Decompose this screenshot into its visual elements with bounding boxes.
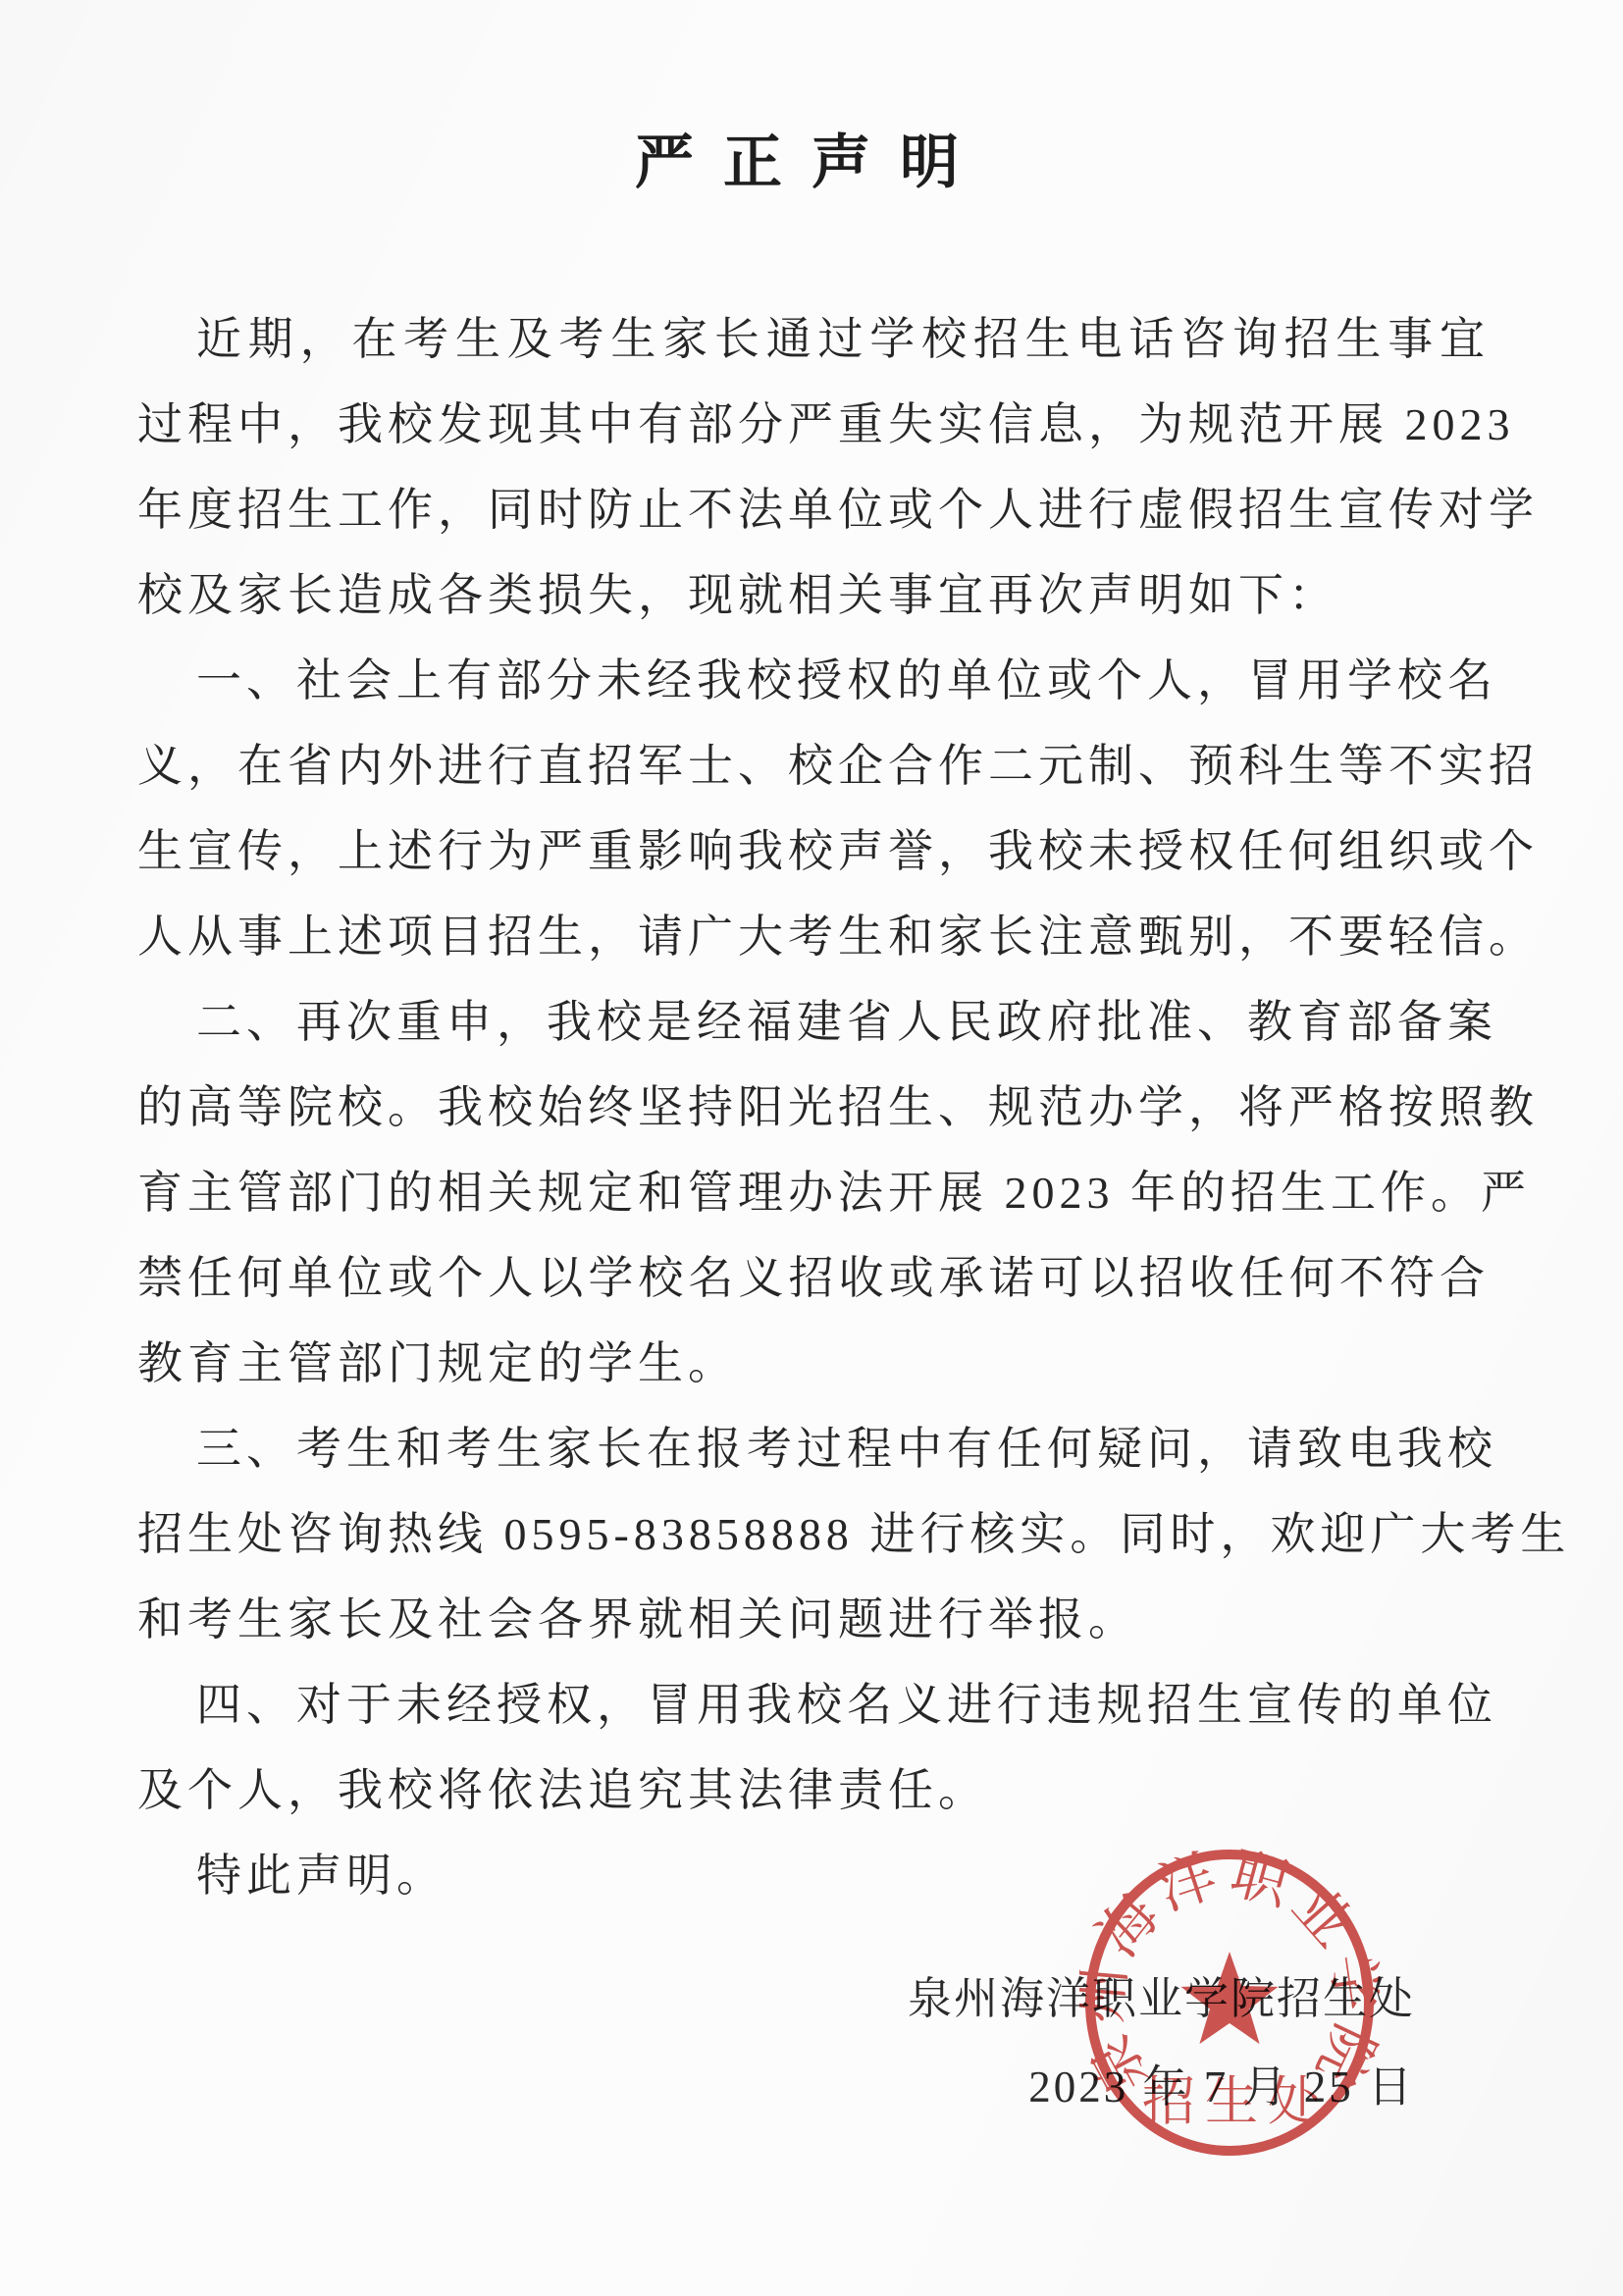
- body-line: 及个人，我校将依法追究其法律责任。: [137, 1748, 1490, 1833]
- body-line: 四、对于未经授权，冒用我校名义进行违规招生宣传的单位: [137, 1662, 1490, 1748]
- body-line: 生宣传，上述行为严重影响我校声誉，我校未授权任何组织或个: [137, 809, 1490, 894]
- body-line: 年度招生工作，同时防止不法单位或个人进行虚假招生宣传对学: [137, 467, 1490, 552]
- body-line: 教育主管部门规定的学生。: [137, 1321, 1490, 1406]
- body-line: 近期，在考生及考生家长通过学校招生电话咨询招生事宜: [137, 296, 1490, 382]
- body-line: 人从事上述项目招生，请广大考生和家长注意甄别，不要轻信。: [137, 894, 1490, 979]
- body-line: 义，在省内外进行直招军士、校企合作二元制、预科生等不实招: [137, 723, 1490, 809]
- seal-star-icon: [1181, 1952, 1279, 2044]
- body-line: 一、社会上有部分未经我校授权的单位或个人，冒用学校名: [137, 638, 1490, 723]
- statement-body: 近期，在考生及考生家长通过学校招生电话咨询招生事宜 过程中，我校发现其中有部分严…: [137, 296, 1490, 1918]
- body-line: 过程中，我校发现其中有部分严重失实信息，为规范开展 2023: [137, 382, 1490, 467]
- body-line: 校及家长造成各类损失，现就相关事宜再次声明如下：: [137, 552, 1490, 638]
- body-line: 二、再次重申，我校是经福建省人民政府批准、教育部备案: [137, 979, 1490, 1065]
- body-line: 禁任何单位或个人以学校名义招收或承诺可以招收任何不符合: [137, 1235, 1490, 1321]
- body-line: 和考生家长及社会各界就相关问题进行举报。: [137, 1577, 1490, 1662]
- body-line: 招生处咨询热线 0595-83858888 进行核实。同时，欢迎广大考生: [137, 1491, 1490, 1577]
- official-seal: 泉州海洋职业学院 招生处: [1079, 1843, 1380, 2163]
- body-line: 育主管部门的相关规定和管理办法开展 2023 年的招生工作。严: [137, 1150, 1490, 1235]
- statement-document-page: 严正声明 近期，在考生及考生家长通过学校招生电话咨询招生事宜 过程中，我校发现其…: [0, 0, 1623, 2296]
- body-line: 三、考生和考生家长在报考过程中有任何疑问，请致电我校: [137, 1406, 1490, 1491]
- statement-title: 严正声明: [0, 116, 1623, 200]
- seal-office-label: 招生处: [1142, 2072, 1331, 2131]
- body-line: 的高等院校。我校始终坚持阳光招生、规范办学，将严格按照教: [137, 1065, 1490, 1150]
